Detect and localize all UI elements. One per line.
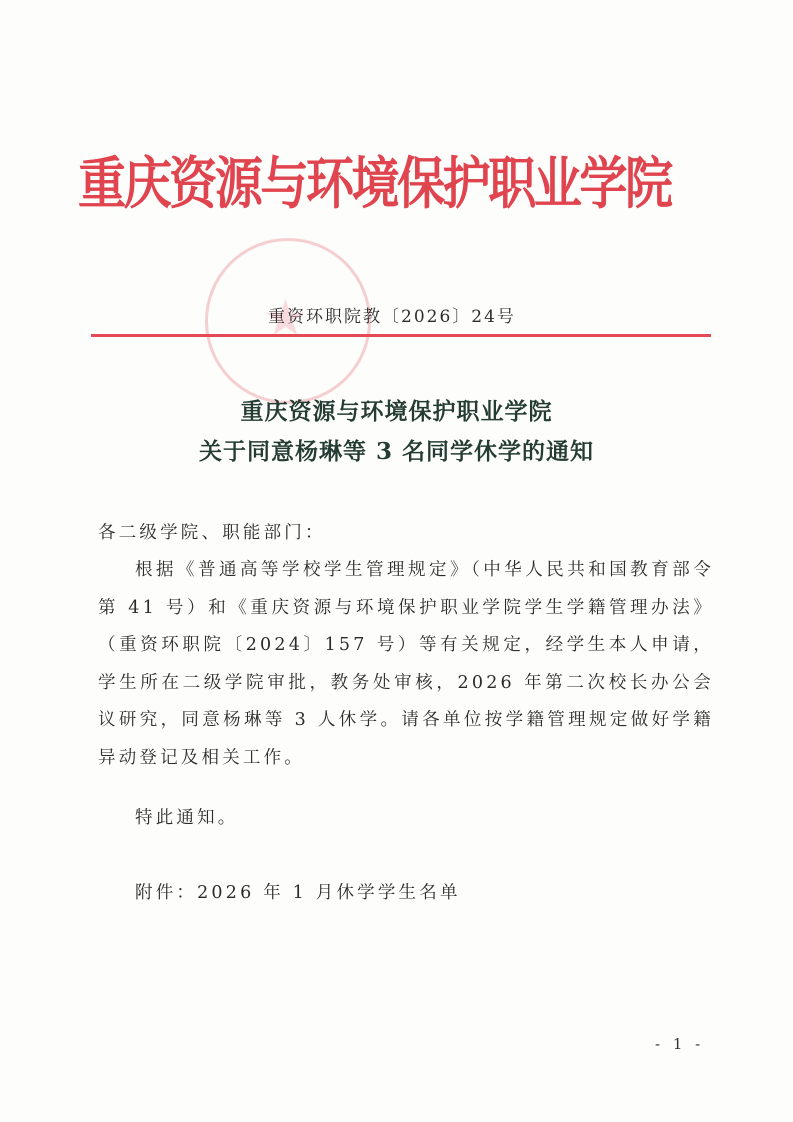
document-number: 重资环职院教〔2026〕24号 [268,302,516,327]
doc-title-line1: 重庆资源与环境保护职业学院 [0,393,793,426]
page-number: - 1 - [655,1035,704,1053]
closing: 特此通知。 [98,800,714,838]
red-divider [91,334,711,337]
institution-masthead: 重庆资源与环境保护职业学院 [78,140,628,230]
doc-title-line2: 关于同意杨琳等 3 名同学休学的通知 [0,433,793,466]
attachment-note: 附件：2026 年 1 月休学学生名单 [98,875,714,913]
body-paragraph: 根据《普通高等学校学生管理规定》（中华人民共和国教育部令第 41 号）和《重庆资… [98,552,714,777]
salutation: 各二级学院、职能部门： [98,515,714,553]
